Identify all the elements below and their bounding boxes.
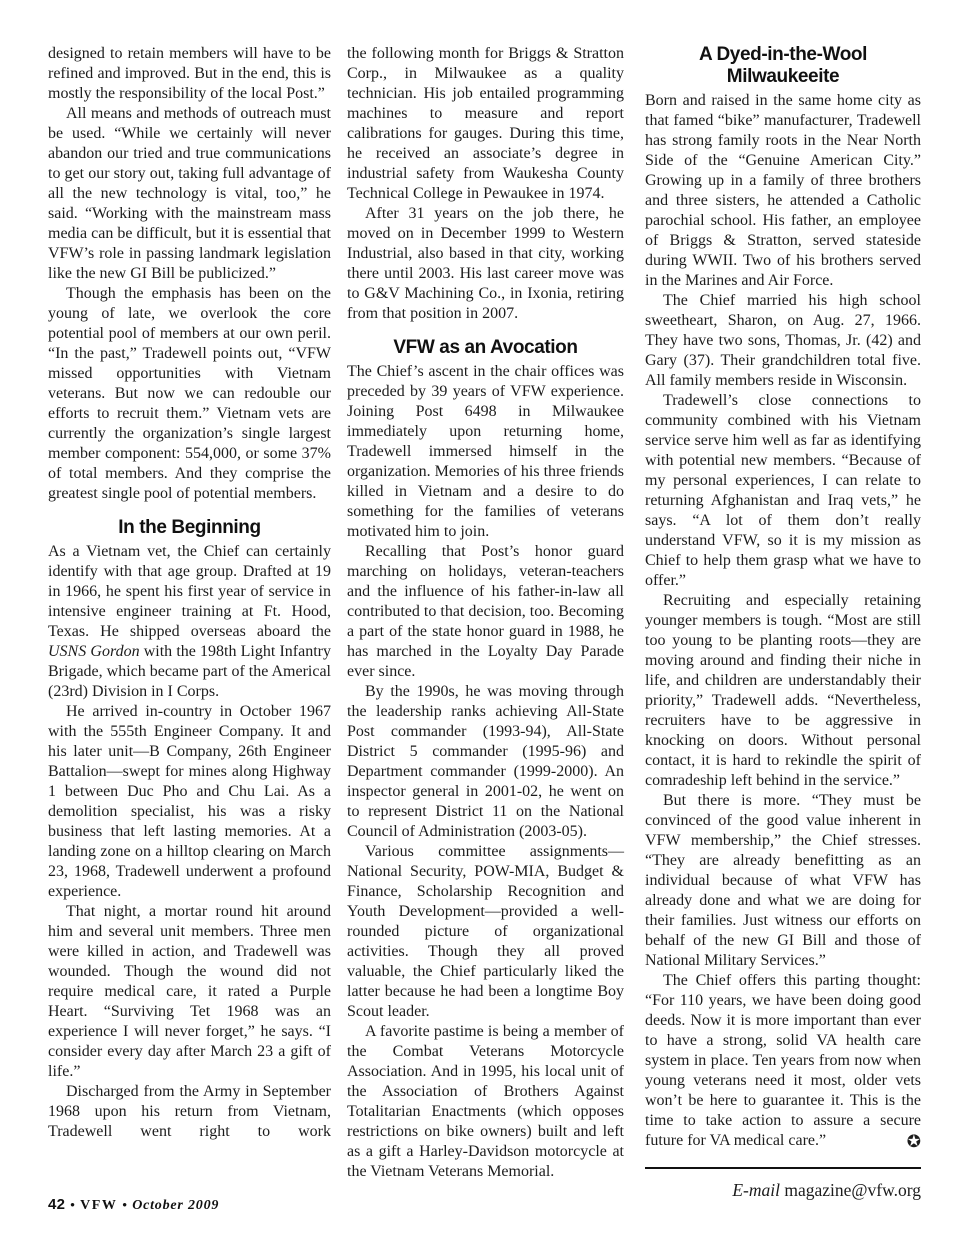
text-run: The Chief offers this parting thought: “…	[645, 972, 921, 1149]
text-run: As a Vietnam vet, the Chief can certainl…	[48, 543, 331, 640]
paragraph: The Chief’s ascent in the chair offices …	[347, 362, 624, 542]
paragraph: He arrived in-country in October 1967 wi…	[48, 702, 331, 902]
paragraph: Recruiting and especially retaining youn…	[645, 591, 921, 791]
paragraph: Tradewell’s close connections to communi…	[645, 391, 921, 591]
section-heading-dyed-in-the-wool: A Dyed-in-the-Wool Milwaukeeite	[645, 44, 921, 88]
issue-date: October 2009	[132, 1198, 219, 1213]
paragraph: Various committee assignments—National S…	[347, 842, 624, 1022]
paragraph: Discharged from the Army in September 19…	[48, 1082, 331, 1142]
paragraph: A favorite pastime is being a member of …	[347, 1022, 624, 1182]
paragraph: The Chief married his high school sweeth…	[645, 291, 921, 391]
paragraph: designed to retain members will have to …	[48, 44, 331, 104]
paragraph: But there is more. “They must be convinc…	[645, 791, 921, 971]
paragraph: By the 1990s, he was moving through the …	[347, 682, 624, 842]
column-1: designed to retain members will have to …	[48, 44, 331, 1201]
paragraph: Though the emphasis has been on the youn…	[48, 284, 331, 504]
email-address: magazine@vfw.org	[780, 1180, 921, 1200]
email-label: E-mail	[732, 1180, 780, 1200]
magazine-title: VFW	[80, 1198, 117, 1213]
paragraph: The Chief offers this parting thought: “…	[645, 971, 921, 1151]
footer-bullet-icon: •	[117, 1197, 132, 1212]
paragraph: All means and methods of outreach must b…	[48, 104, 331, 284]
article-page: designed to retain members will have to …	[48, 44, 921, 1201]
page-footer: 42•VFW•October 2009	[48, 1196, 219, 1214]
email-contact-line: E-mail magazine@vfw.org	[645, 1179, 921, 1201]
article-end-star-icon: ✪	[889, 1133, 921, 1150]
column-2: the following month for Briggs & Stratto…	[347, 44, 624, 1201]
end-rule-divider	[645, 1167, 921, 1169]
paragraph: That night, a mortar round hit around hi…	[48, 902, 331, 1082]
column-3: A Dyed-in-the-Wool Milwaukeeite Born and…	[645, 44, 921, 1201]
ship-name-italic: USNS Gordon	[48, 643, 140, 660]
paragraph: Born and raised in the same home city as…	[645, 91, 921, 291]
footer-bullet-icon: •	[65, 1197, 80, 1212]
paragraph: Recalling that Post’s honor guard marchi…	[347, 542, 624, 682]
section-heading-vfw-as-an-avocation: VFW as an Avocation	[347, 337, 624, 359]
paragraph: As a Vietnam vet, the Chief can certainl…	[48, 542, 331, 702]
paragraph: After 31 years on the job there, he move…	[347, 204, 624, 324]
paragraph: the following month for Briggs & Stratto…	[347, 44, 624, 204]
section-heading-in-the-beginning: In the Beginning	[48, 517, 331, 539]
page-number: 42	[48, 1196, 65, 1213]
